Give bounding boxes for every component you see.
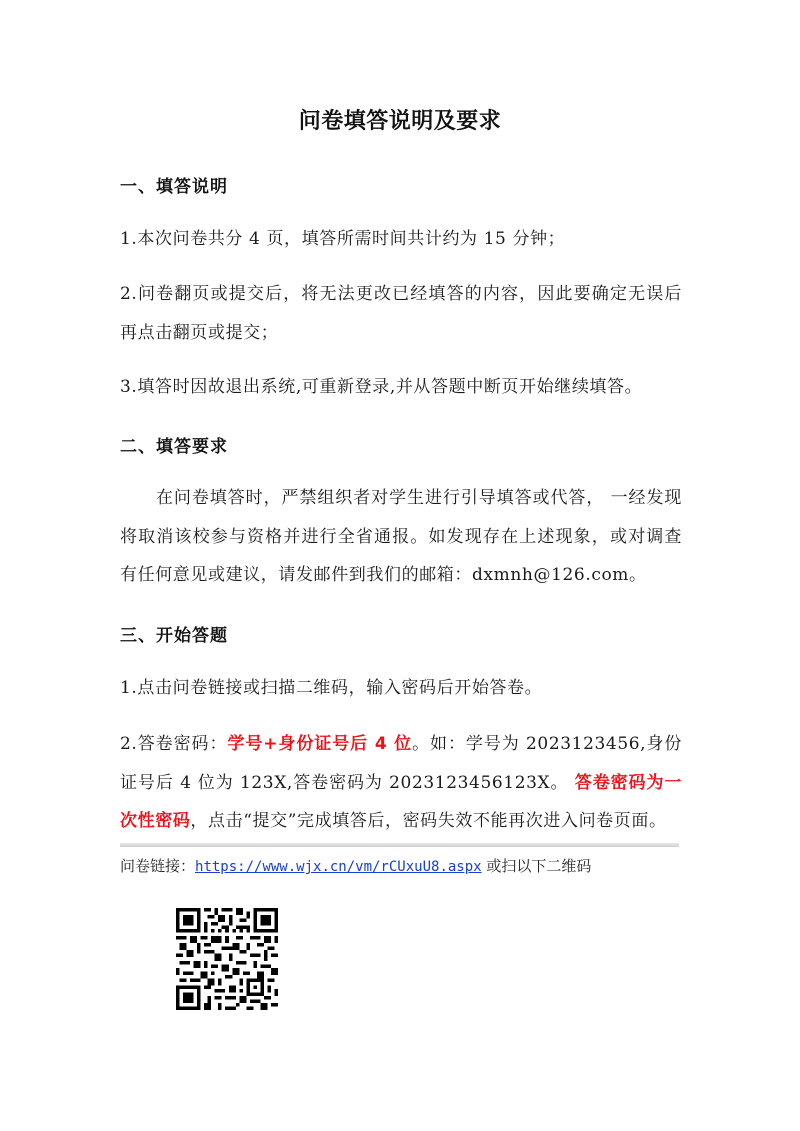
- password-expiry-note: ，点击“提交”完成填答后，密码失效不能再次进入问卷页面。: [190, 811, 666, 831]
- section-heading-start: 三、开始答题: [120, 621, 228, 646]
- requirements-paragraph: 在问卷填答时，严禁组织者对学生进行引导填答或代答， 一经发现将取消该校参与资格并…: [120, 479, 682, 595]
- start-item-2: 2.答卷密码：学号+身份证号后 4 位。如：学号为 2023123456,身份证…: [120, 725, 682, 841]
- page-title: 问卷填答说明及要求: [0, 104, 800, 135]
- password-label: 2.答卷密码：: [120, 734, 227, 754]
- section-heading-instructions: 一、填答说明: [120, 172, 228, 197]
- document-page: 问卷填答说明及要求 一、填答说明 1.本次问卷共分 4 页，填答所需时间共计约为…: [0, 0, 800, 1131]
- survey-link-suffix: 或扫以下二维码: [482, 857, 592, 875]
- instruction-item-3: 3.填答时因故退出系统,可重新登录,并从答题中断页开始继续填答。: [120, 368, 682, 407]
- instruction-item-2: 2.问卷翻页或提交后，将无法更改已经填答的内容，因此要确定无误后再点击翻页或提交…: [120, 275, 682, 352]
- password-rule-highlight: 学号+身份证号后 4 位: [227, 734, 412, 754]
- start-item-1: 1.点击问卷链接或扫描二维码，输入密码后开始答卷。: [120, 669, 682, 708]
- divider: [120, 843, 679, 847]
- section-heading-requirements: 二、填答要求: [120, 432, 228, 457]
- survey-link[interactable]: https://www.wjx.cn/vm/rCUxuU8.aspx: [195, 859, 482, 875]
- survey-link-label: 问卷链接：: [120, 857, 195, 875]
- instruction-item-1: 1.本次问卷共分 4 页，填答所需时间共计约为 15 分钟；: [120, 220, 682, 259]
- qr-code-icon[interactable]: [176, 908, 278, 1010]
- survey-link-line: 问卷链接：https://www.wjx.cn/vm/rCUxuU8.aspx …: [120, 855, 591, 876]
